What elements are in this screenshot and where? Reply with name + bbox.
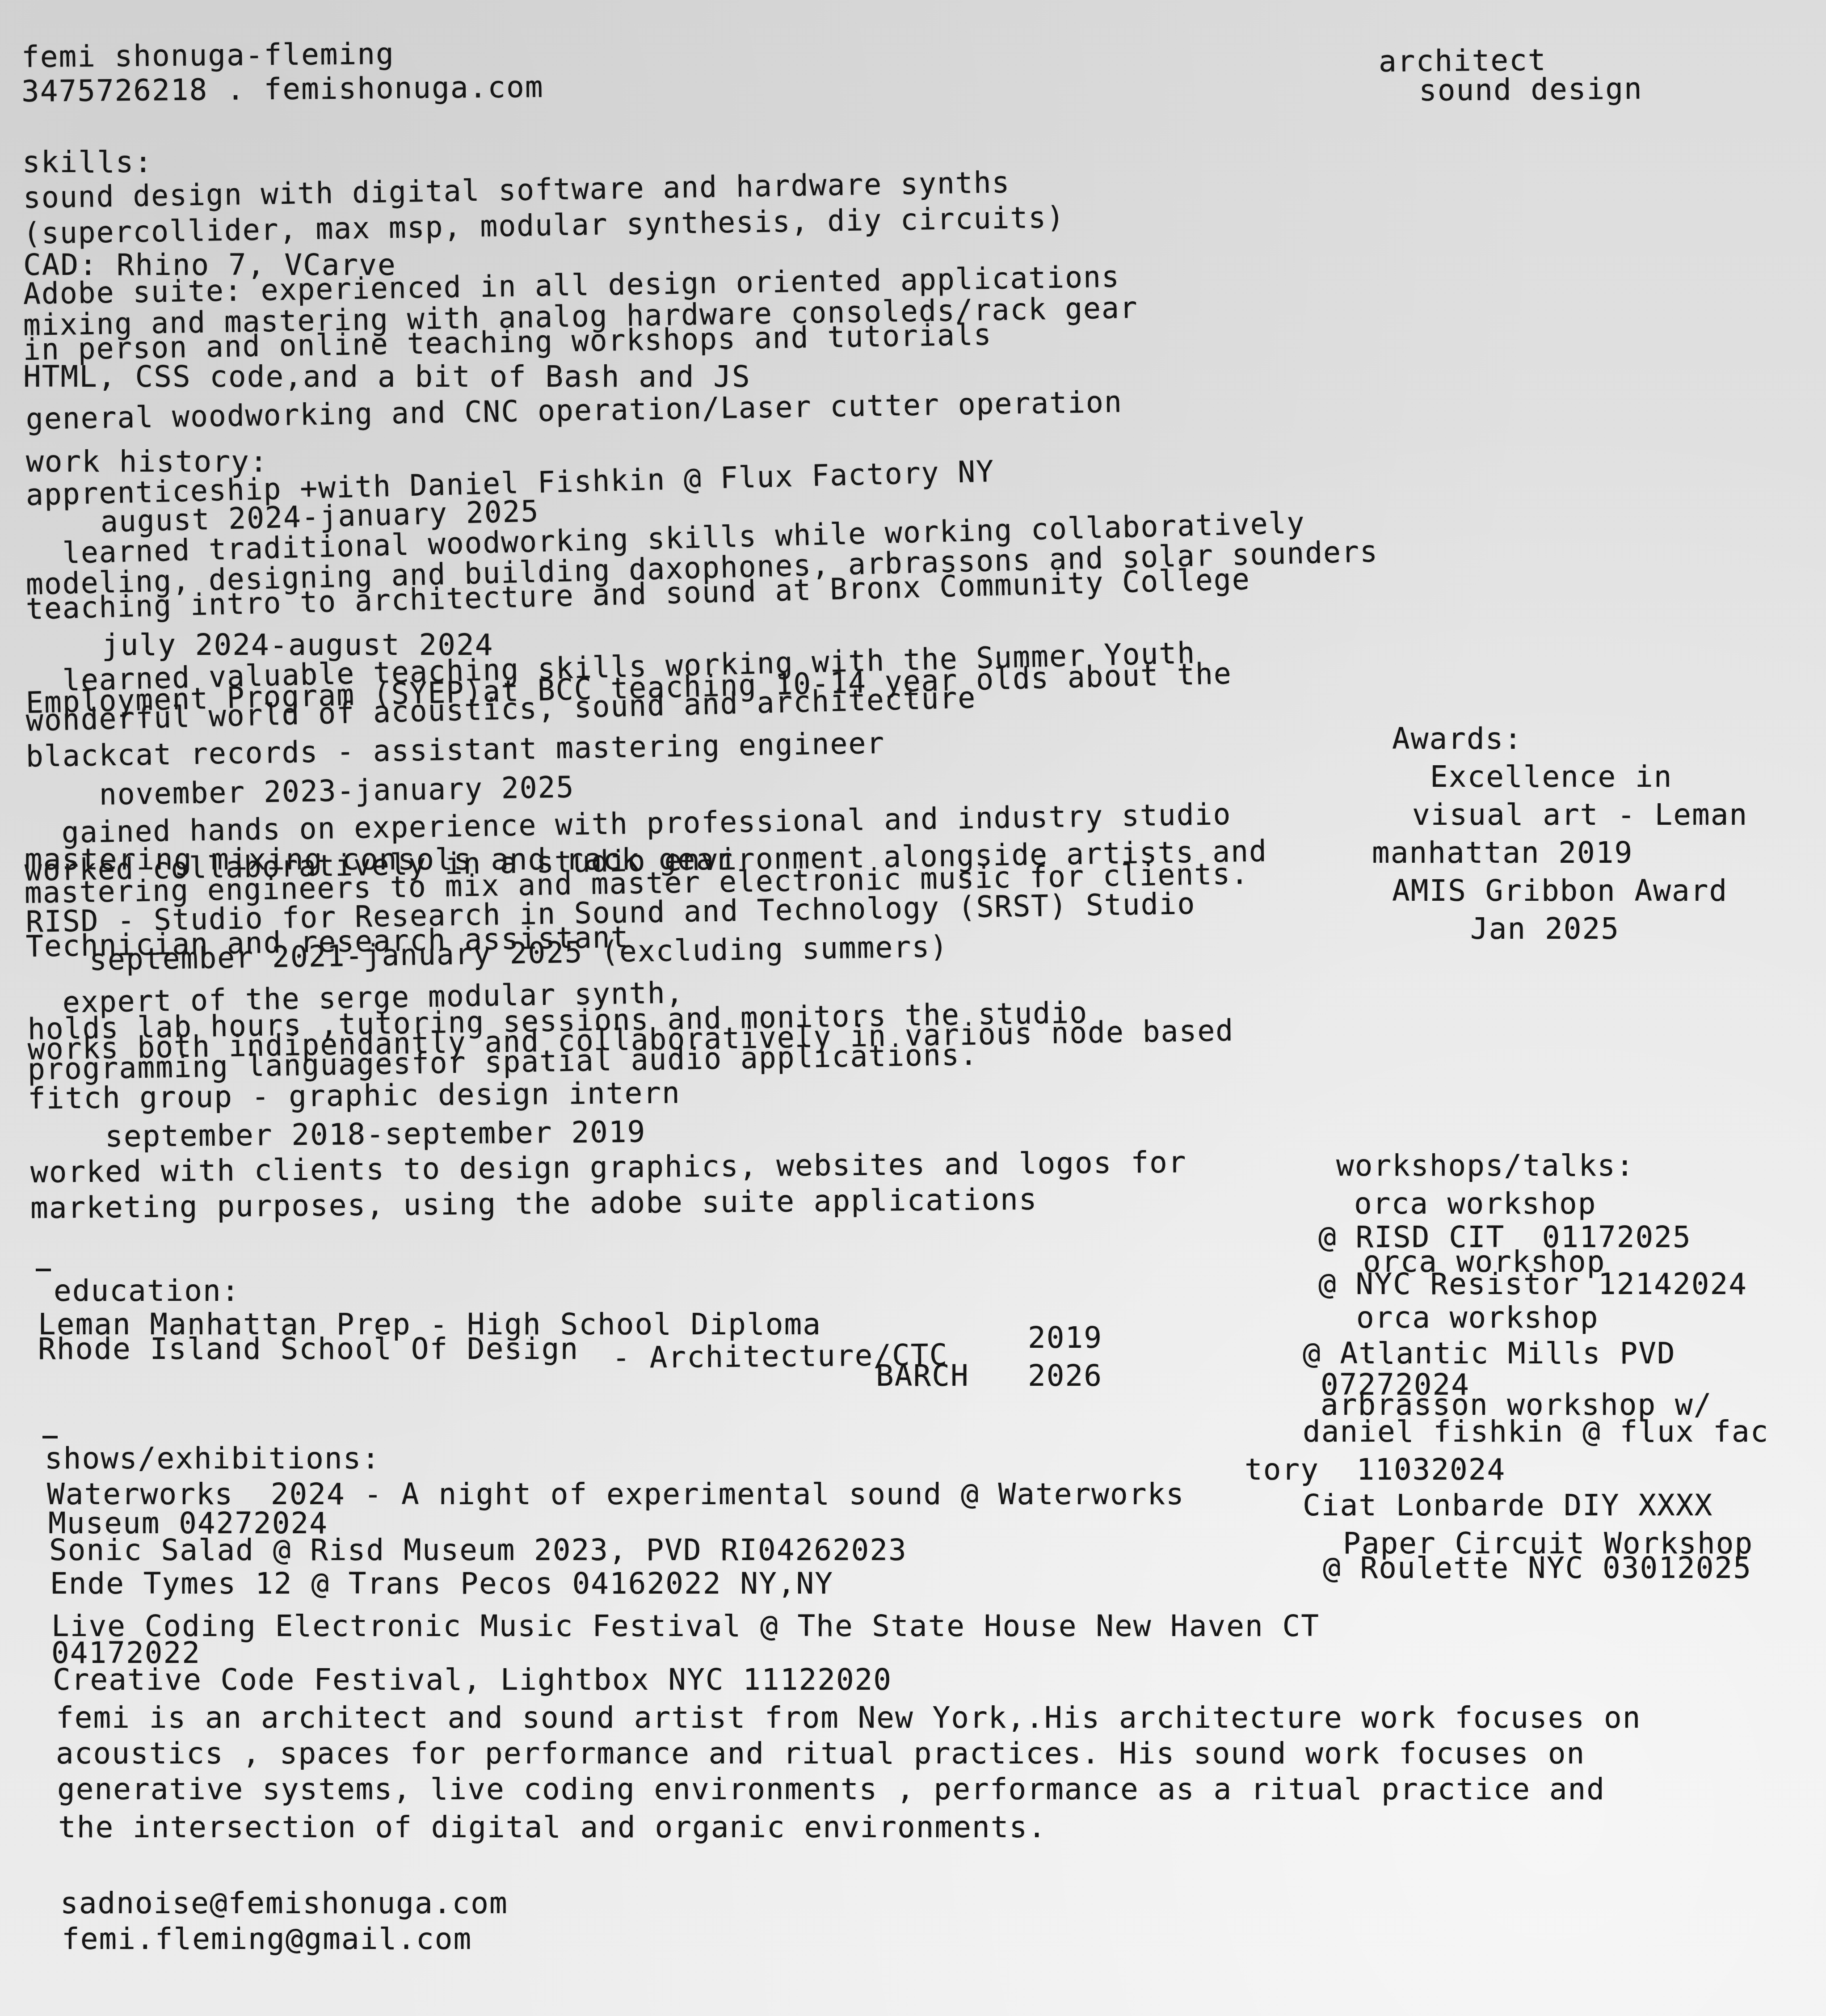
job-title: fitch group - graphic design intern [28, 1078, 681, 1113]
bio-line: acoustics , spaces for performance and r… [56, 1739, 1585, 1768]
role-architect: architect [1379, 46, 1547, 76]
role-sound-design: sound design [1419, 74, 1643, 105]
bio-line: generative systems, live coding environm… [57, 1775, 1605, 1804]
workshop-line: @ NYC Resistor 12142024 [1318, 1269, 1747, 1299]
award-line: visual art - Leman [1412, 800, 1748, 830]
education-year: 2019 [1028, 1323, 1102, 1353]
job-description: marketing purposes, using the adobe suit… [30, 1185, 1038, 1223]
workshops-heading: workshops/talks: [1336, 1151, 1635, 1181]
shows-heading: shows/exhibitions: [45, 1444, 380, 1473]
show-item: Ende Tymes 12 @ Trans Pecos 04162022 NY,… [50, 1569, 833, 1598]
section-divider [42, 1436, 58, 1438]
work-history-heading: work history: [26, 447, 269, 477]
email-primary[interactable]: sadnoise@femishonuga.com [60, 1889, 508, 1918]
show-item: Live Coding Electronic Music Festival @ … [51, 1611, 1320, 1641]
education-school: Rhode Island School Of Design [38, 1334, 579, 1364]
education-year: 2026 [1028, 1361, 1102, 1391]
job-dates: november 2023-january 2025 [99, 772, 574, 810]
show-item: Waterworks 2024 - A night of experimenta… [47, 1480, 1185, 1509]
award-line: AMIS Gribbon Award [1392, 876, 1728, 906]
education-heading: education: [54, 1276, 240, 1306]
skills-heading: skills: [22, 148, 153, 177]
workshop-line: Ciat Lonbarde DIY XXXX [1303, 1491, 1713, 1520]
workshop-line: tory 11032024 [1245, 1455, 1506, 1485]
contact-line: 3475726218 . femishonuga.com [21, 72, 544, 106]
job-dates: september 2018-september 2019 [105, 1117, 646, 1151]
workshop-line: orca workshop [1356, 1303, 1599, 1333]
workshop-line: daniel fishkin @ flux fac [1303, 1417, 1769, 1447]
section-divider [36, 1269, 51, 1271]
bio-line: femi is an architect and sound artist fr… [56, 1703, 1641, 1733]
award-line: Excellence in [1430, 762, 1673, 792]
award-line: Jan 2025 [1470, 914, 1620, 944]
education-degree-line2: BARCH [876, 1361, 969, 1391]
workshop-line: orca workshop [1354, 1189, 1597, 1219]
award-line: manhattan 2019 [1372, 838, 1633, 868]
email-secondary[interactable]: femi.fleming@gmail.com [62, 1924, 472, 1954]
bio-line: the intersection of digital and organic … [58, 1813, 1047, 1842]
skill-item: HTML, CSS code,and a bit of Bash and JS [23, 362, 751, 392]
workshop-line: @ Roulette NYC 03012025 [1323, 1553, 1752, 1583]
show-item: Sonic Salad @ Risd Museum 2023, PVD RI04… [49, 1535, 907, 1565]
awards-heading: Awards: [1392, 724, 1523, 754]
workshop-line: @ Atlantic Mills PVD [1303, 1339, 1676, 1368]
resume-name: femi shonuga-fleming [21, 39, 395, 72]
show-item: Creative Code Festival, Lightbox NYC 111… [53, 1665, 892, 1695]
